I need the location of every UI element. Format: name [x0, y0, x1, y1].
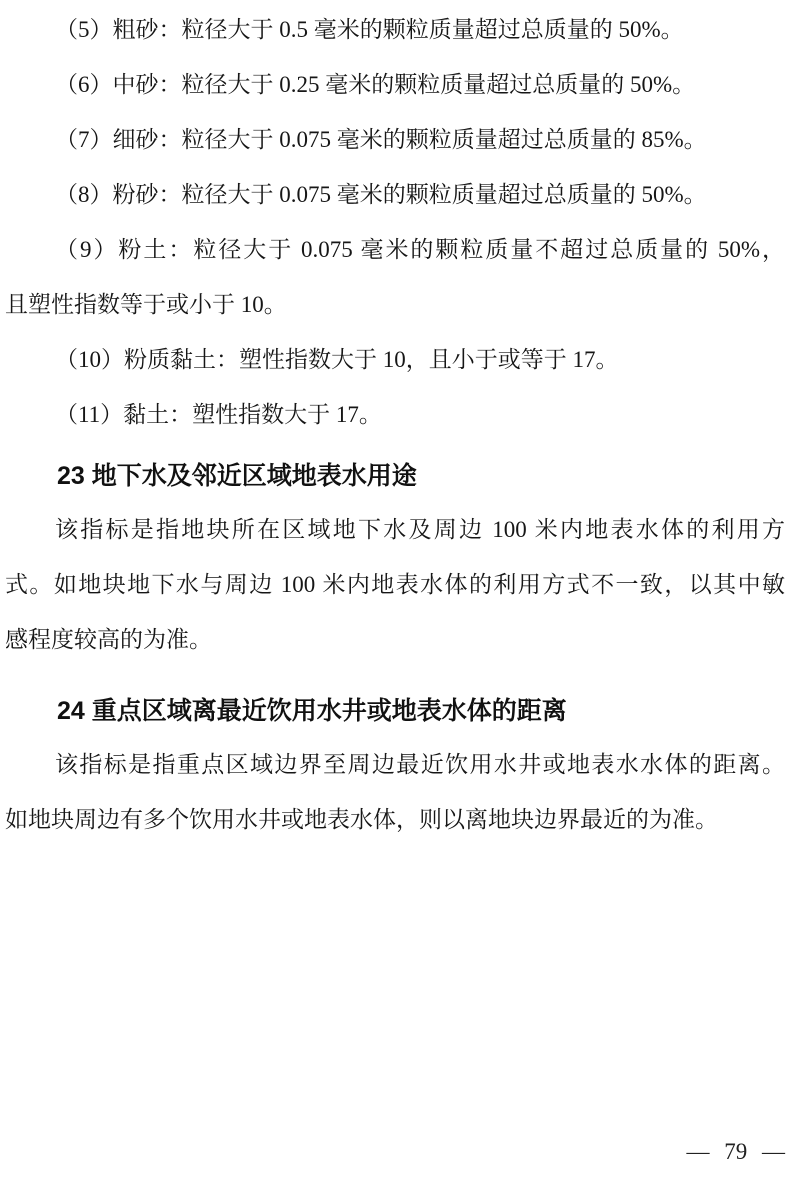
section23-paragraph-line-3: 感程度较高的为准。: [5, 612, 785, 667]
list-item-10: （10）粉质黏土：塑性指数大于 10，且小于或等于 17。: [5, 332, 785, 387]
list-item-5: （5）粗砂：粒径大于 0.5 毫米的颗粒质量超过总质量的 50%。: [5, 2, 785, 57]
section-heading-24: 24 重点区域离最近饮用水井或地表水体的距离: [5, 691, 785, 731]
list-item-11: （11）黏土：塑性指数大于 17。: [5, 387, 785, 442]
section24-paragraph-line-1: 该指标是指重点区域边界至周边最近饮用水井或地表水水体的距离。: [5, 737, 785, 792]
section23-paragraph-line-2: 式。如地块地下水与周边 100 米内地表水体的利用方式不一致，以其中敏: [5, 557, 785, 612]
section24-paragraph-line-2: 如地块周边有多个饮用水井或地表水体，则以离地块边界最近的为准。: [5, 792, 785, 847]
section23-paragraph-line-1: 该指标是指地块所在区域地下水及周边 100 米内地表水体的利用方: [5, 502, 785, 557]
list-item-7: （7）细砂：粒径大于 0.075 毫米的颗粒质量超过总质量的 85%。: [5, 112, 785, 167]
list-item-9-line-1: （9）粉土：粒径大于 0.075 毫米的颗粒质量不超过总质量的 50%，: [5, 222, 785, 277]
section-heading-23: 23 地下水及邻近区域地表水用途: [5, 456, 785, 496]
page-number: — 79 —: [687, 1138, 786, 1166]
list-item-9-line-2: 且塑性指数等于或小于 10。: [5, 277, 785, 332]
list-item-6: （6）中砂：粒径大于 0.25 毫米的颗粒质量超过总质量的 50%。: [5, 57, 785, 112]
document-page: （5）粗砂：粒径大于 0.5 毫米的颗粒质量超过总质量的 50%。 （6）中砂：…: [0, 0, 800, 1179]
list-item-8: （8）粉砂：粒径大于 0.075 毫米的颗粒质量超过总质量的 50%。: [5, 167, 785, 222]
